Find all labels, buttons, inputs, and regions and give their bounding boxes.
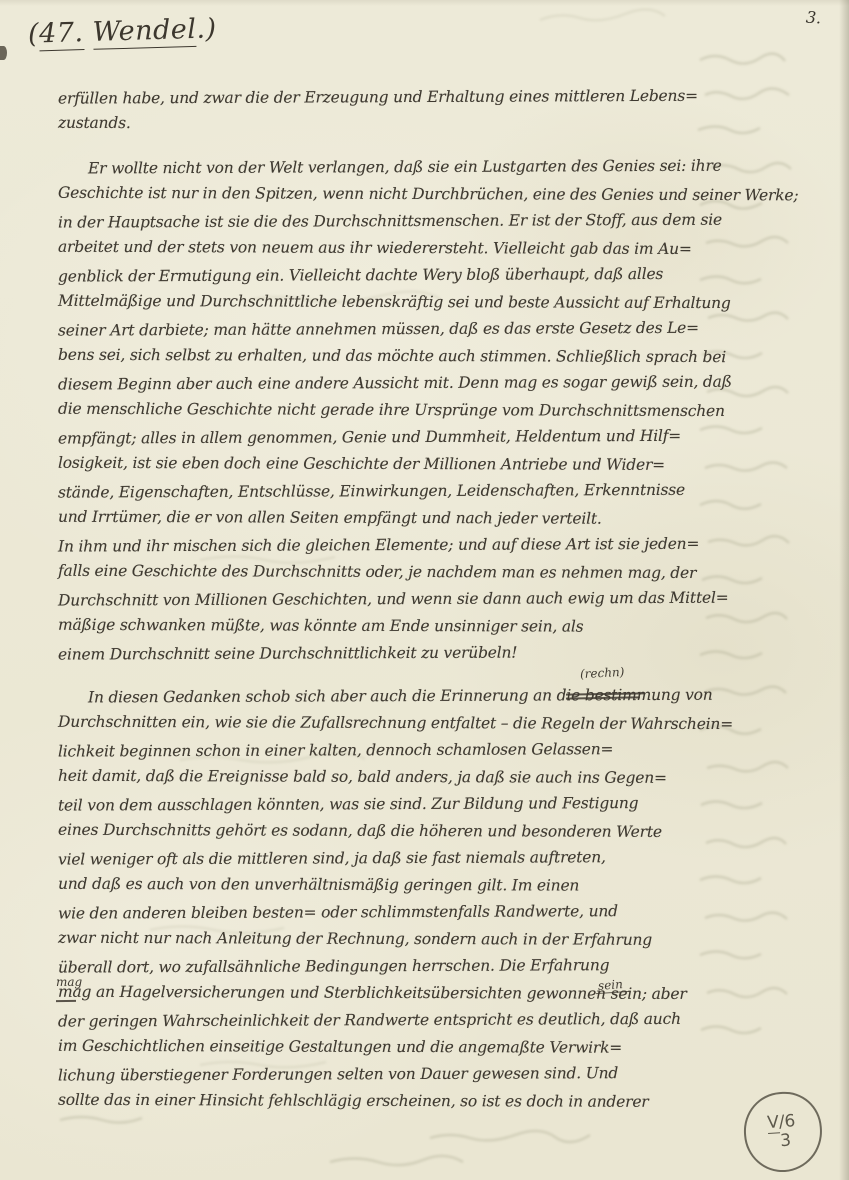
handwritten-line: einem Durchschnitt seine Durchschnittlic… [58, 638, 770, 668]
handwritten-line: mäßige schwanken müßte, was könnte am En… [58, 612, 770, 641]
handwritten-line: eines Durchschnitts gehört es sodann, da… [58, 817, 770, 846]
handwritten-line: zustands. [58, 110, 770, 139]
handwritten-line: bens sei, sich selbst zu erhalten, und d… [58, 342, 770, 371]
handwritten-line: Mittelmäßige und Durchschnittliche leben… [58, 288, 770, 317]
page-top-shadow [0, 0, 849, 6]
page-number: 3. [805, 7, 822, 27]
manuscript-paragraph: Er wollte nicht von der Welt verlangen, … [58, 154, 770, 667]
handwritten-line: teil von dem ausschlagen könnten, was si… [58, 789, 770, 819]
handwritten-line: arbeitet und der stets von neuem aus ihr… [58, 234, 770, 263]
handwritten-line: der geringen Wahrscheinlichkeit der Rand… [58, 1005, 770, 1035]
handwritten-line: Geschichte ist nur in den Spitzen, wenn … [58, 180, 770, 209]
handwritten-line: zwar nicht nur nach Anleitung der Rechnu… [58, 925, 770, 954]
handwritten-line: Durchschnitt von Millionen Geschichten, … [58, 584, 770, 614]
handwritten-line: stände, Eigenschaften, Entschlüsse, Einw… [58, 476, 770, 506]
handwritten-line: heit damit, daß die Ereignisse bald so, … [58, 763, 770, 792]
handwritten-line: die menschliche Geschichte nicht gerade … [58, 396, 770, 425]
stamp-signature: V/6 [767, 1112, 796, 1133]
handwritten-line: genblick der Ermutigung ein. Vielleicht … [58, 260, 770, 290]
handwritten-line: seiner Art darbiete; man hätte annehmen … [58, 314, 770, 344]
page-edge-shadow [839, 0, 849, 1180]
manuscript-paragraph: erfüllen habe, und zwar die der Erzeugun… [58, 84, 770, 138]
handwritten-line: empfängt; alles in allem genommen, Genie… [58, 422, 770, 452]
stamp-folder-number: /6 [778, 1111, 796, 1132]
handwritten-line: erfüllen habe, und zwar die der Erzeugun… [58, 82, 770, 112]
handwritten-line: falls eine Geschichte des Durchschnitts … [58, 558, 770, 587]
handwritten-line: lichung überstiegener Forderungen selten… [58, 1059, 770, 1089]
handwritten-line: lichkeit beginnen schon in einer kalten,… [58, 735, 770, 765]
handwritten-line: im Geschichtlichen einseitige Gestaltung… [58, 1033, 770, 1062]
heading-open-paren: ( [28, 18, 40, 49]
handwritten-line: diesem Beginn aber auch eine andere Auss… [58, 368, 770, 398]
handwritten-line: In diesen Gedanken schob sich aber auch … [58, 681, 770, 711]
handwritten-line: In ihm und ihr mischen sich die gleichen… [58, 530, 770, 560]
handwritten-line: in der Hauptsache ist sie die des Durchs… [58, 206, 770, 236]
manuscript-paragraph: In diesen Gedanken schob sich aber auch … [58, 683, 770, 1115]
inserted-word-rechn: (rechn) [580, 665, 625, 681]
handwritten-line: viel weniger oft als die mittleren sind,… [58, 843, 770, 873]
heading-number: 47. [39, 17, 84, 51]
stamp-page-number: 3 [780, 1131, 792, 1150]
scan-edge-mark [0, 46, 7, 60]
handwritten-line: Durchschnitten ein, wie sie die Zufallsr… [58, 709, 770, 738]
heading-title: Wendel [92, 14, 197, 50]
handwritten-line: und Irrtümer, die er von allen Seiten em… [58, 504, 770, 533]
strike-through-ist [56, 1000, 76, 1002]
handwritten-line: überall dort, wo zufallsähnliche Bedingu… [58, 951, 770, 981]
handwritten-line: wie den anderen bleiben besten= oder sch… [58, 897, 770, 927]
handwritten-line: mag an Hagelversicherungen und Sterblich… [58, 979, 770, 1008]
handwritten-line: losigkeit, ist sie eben doch eine Geschi… [58, 450, 770, 479]
heading-close: .) [196, 13, 217, 45]
manuscript-scan-page: { "page": { "number": "3.", "heading": {… [0, 0, 849, 1180]
handwritten-line: und daß es auch von den unverhältnismäßi… [58, 871, 770, 900]
handwritten-line: Er wollte nicht von der Welt verlangen, … [58, 152, 770, 182]
handwritten-line: sollte das in einer Hinsicht fehlschlägi… [58, 1087, 770, 1116]
chapter-heading: (47. Wendel.) [28, 13, 217, 49]
inserted-word-mag: mag [56, 975, 82, 989]
manuscript-body: erfüllen habe, und zwar die der Erzeugun… [58, 84, 770, 1131]
